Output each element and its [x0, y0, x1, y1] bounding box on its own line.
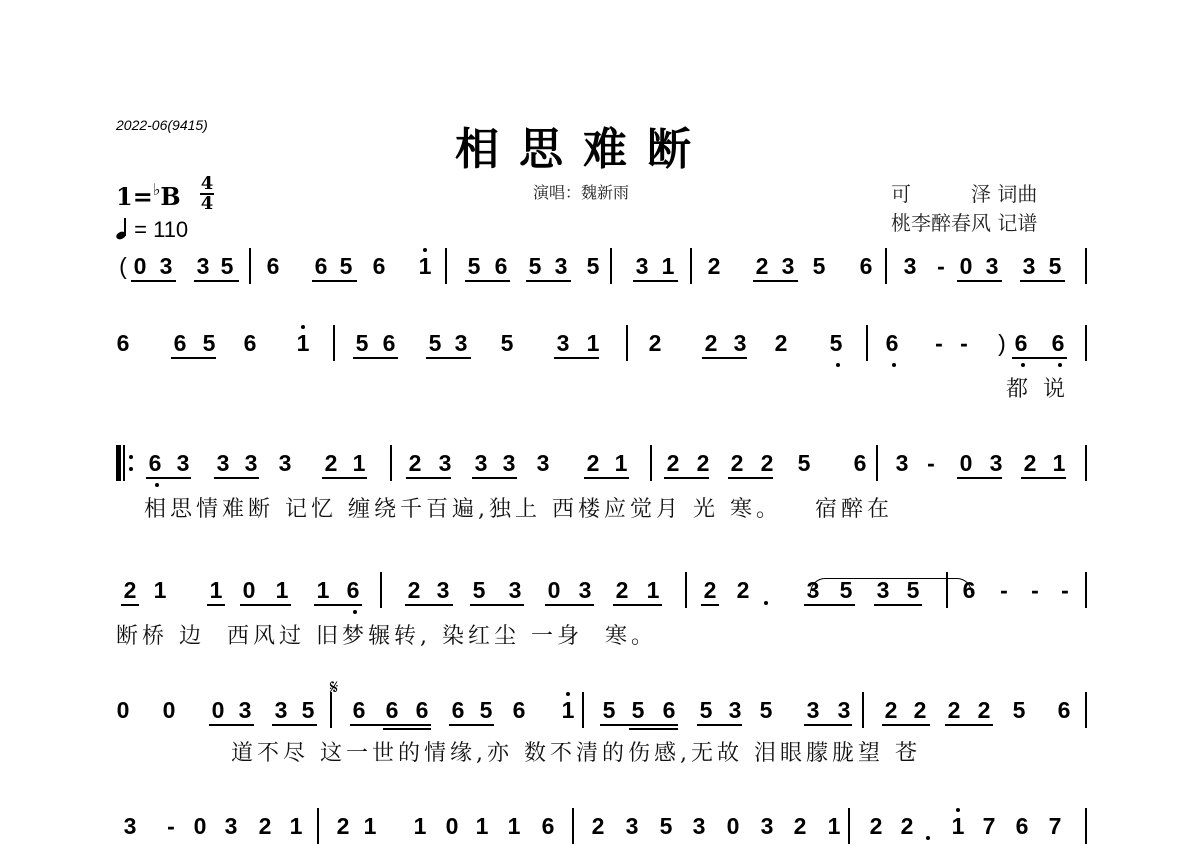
note: 6	[146, 450, 164, 476]
underline	[131, 280, 176, 282]
underline	[194, 280, 239, 282]
note: 1	[361, 813, 379, 839]
note: 2	[322, 450, 340, 476]
note: 6	[1013, 813, 1031, 839]
note: 1	[473, 813, 491, 839]
underline	[1012, 357, 1067, 359]
transcriber-credit: 桃李醉春风 记谱	[891, 207, 1037, 236]
note: 3	[901, 253, 919, 279]
low-octave-dot	[892, 363, 896, 367]
repeat-dot	[129, 467, 133, 471]
underline	[322, 477, 367, 479]
note: 5	[465, 253, 483, 279]
high-octave-dot	[301, 325, 305, 329]
note: 6	[851, 450, 869, 476]
note: 6	[660, 697, 678, 723]
note: 2	[945, 697, 963, 723]
note: 6	[264, 253, 282, 279]
note: 5	[810, 253, 828, 279]
barline	[685, 572, 687, 608]
note: 2	[734, 577, 752, 603]
note: 0	[240, 577, 258, 603]
note: 3	[623, 813, 641, 839]
note: 3	[983, 253, 1001, 279]
note: 6	[510, 697, 528, 723]
underline	[121, 604, 139, 606]
augmentation-dot	[926, 836, 930, 840]
composer-role: 词曲	[997, 182, 1037, 206]
note: 5	[1046, 253, 1064, 279]
barline	[390, 445, 392, 481]
note: 2	[702, 330, 720, 356]
note: 3	[434, 577, 452, 603]
note: 2	[589, 813, 607, 839]
note: 2	[882, 697, 900, 723]
note: 3	[576, 577, 594, 603]
note: 3	[276, 450, 294, 476]
note: 5	[353, 330, 371, 356]
key-prefix: 1=	[116, 182, 153, 211]
note: 2	[701, 577, 719, 603]
time-bottom: 4	[200, 196, 214, 212]
note: 3	[472, 450, 490, 476]
lyrics-line: 都 说	[1006, 372, 1069, 403]
high-octave-dot	[566, 692, 570, 696]
note: 3	[893, 450, 911, 476]
barline	[317, 808, 319, 844]
note: 3	[214, 450, 232, 476]
note: 5	[757, 697, 775, 723]
transcriber-role: 记谱	[997, 211, 1037, 235]
note: 6	[883, 330, 901, 356]
note: 2	[406, 450, 424, 476]
barline	[650, 445, 652, 481]
note: 0	[131, 253, 149, 279]
note: 2	[646, 330, 664, 356]
note: 3	[222, 813, 240, 839]
note: 6	[114, 330, 132, 356]
note: 2	[898, 813, 916, 839]
lyrics-line: 断桥 边 西风过 旧梦辗转, 染红尘 一身 寒。	[116, 619, 657, 650]
note: 3	[436, 450, 454, 476]
underline	[664, 477, 709, 479]
note: 1	[287, 813, 305, 839]
underline	[312, 280, 357, 282]
note: 7	[1046, 813, 1064, 839]
transcriber-name: 桃李醉春风	[891, 211, 991, 235]
note: 2	[694, 450, 712, 476]
note: 2	[911, 697, 929, 723]
underline	[272, 724, 317, 726]
note: 0	[114, 697, 132, 723]
note: 0	[160, 697, 178, 723]
underline	[554, 357, 599, 359]
low-octave-dot	[155, 483, 159, 487]
barline	[866, 325, 868, 361]
high-octave-dot	[956, 808, 960, 812]
note: 5	[498, 330, 516, 356]
barline	[862, 692, 864, 728]
note: 6	[350, 697, 368, 723]
note: 3	[779, 253, 797, 279]
underline	[146, 477, 191, 479]
note: 1	[612, 450, 630, 476]
note: 5	[827, 330, 845, 356]
paren: )	[993, 330, 1011, 356]
note: 2	[728, 450, 746, 476]
note: 6	[171, 330, 189, 356]
note: 0	[443, 813, 461, 839]
note: 3	[554, 330, 572, 356]
underline	[701, 604, 719, 606]
barline	[249, 248, 251, 284]
note: 5	[477, 697, 495, 723]
dash: -	[930, 330, 948, 356]
dash: -	[955, 330, 973, 356]
note: 5	[218, 253, 236, 279]
underline	[945, 724, 993, 726]
note: 6	[1049, 330, 1067, 356]
note: 2	[772, 330, 790, 356]
note: 5	[1010, 697, 1028, 723]
underline	[449, 724, 494, 726]
note: 0	[191, 813, 209, 839]
underline	[314, 604, 362, 606]
note: 5	[600, 697, 618, 723]
note: 1	[644, 577, 662, 603]
underline	[753, 280, 798, 282]
dash: -	[162, 813, 180, 839]
note: 3	[272, 697, 290, 723]
note: 6	[413, 697, 431, 723]
note: 0	[209, 697, 227, 723]
note: 2	[405, 577, 423, 603]
note: 1	[659, 253, 677, 279]
note: 6	[383, 697, 401, 723]
singer-credit: 演唱：魏新雨	[533, 180, 629, 203]
underline	[240, 604, 291, 606]
barline	[1085, 248, 1087, 284]
underline	[957, 477, 1002, 479]
note: 2	[975, 697, 993, 723]
barline	[885, 248, 887, 284]
note: 2	[1021, 450, 1039, 476]
barline	[876, 445, 878, 481]
barline	[1085, 692, 1087, 728]
tempo-marking: = 110	[116, 217, 188, 243]
note: 0	[957, 253, 975, 279]
note: 0	[957, 450, 975, 476]
note: 5	[470, 577, 488, 603]
barline	[848, 808, 850, 844]
note: 3	[633, 253, 651, 279]
low-octave-dot	[1058, 363, 1062, 367]
segno-icon: 𝄋	[325, 675, 343, 701]
composer-credit: 可 泽 词曲	[891, 178, 1037, 207]
underline	[526, 280, 571, 282]
underline	[470, 604, 524, 606]
note: 3	[804, 697, 822, 723]
note: 3	[731, 330, 749, 356]
underline	[804, 604, 855, 606]
underline	[406, 477, 451, 479]
note: 6	[449, 697, 467, 723]
note: 3	[534, 450, 552, 476]
note: 1	[273, 577, 291, 603]
time-top: 4	[200, 176, 214, 192]
underline	[545, 604, 594, 606]
underline	[882, 724, 930, 726]
dash: -	[1026, 577, 1044, 603]
underline	[728, 477, 773, 479]
note: 6	[370, 253, 388, 279]
score-code: 2022-06(9415)	[116, 117, 208, 133]
note: 3	[690, 813, 708, 839]
underline	[804, 724, 852, 726]
tempo-value: = 110	[134, 217, 188, 242]
underline	[214, 477, 259, 479]
quarter-note-icon	[116, 218, 128, 240]
barline	[380, 572, 382, 608]
barline	[1085, 445, 1087, 481]
underline	[472, 477, 517, 479]
barline	[572, 808, 574, 844]
note: 3	[506, 577, 524, 603]
note: 5	[629, 697, 647, 723]
dash: -	[932, 253, 950, 279]
note: 1	[294, 330, 312, 356]
note: 2	[753, 253, 771, 279]
underline	[171, 357, 216, 359]
note: 2	[613, 577, 631, 603]
underline	[584, 477, 629, 479]
note: 5	[526, 253, 544, 279]
paren: (	[114, 253, 132, 279]
note: 6	[312, 253, 330, 279]
barline	[1085, 808, 1087, 844]
underline	[702, 357, 747, 359]
note: 7	[980, 813, 998, 839]
low-octave-dot	[353, 610, 357, 614]
note: 1	[207, 577, 225, 603]
underline	[207, 604, 225, 606]
underline	[957, 280, 1002, 282]
barline	[445, 248, 447, 284]
note: 0	[545, 577, 563, 603]
barline	[582, 692, 584, 728]
note: 2	[334, 813, 352, 839]
underline	[697, 724, 742, 726]
note: 2	[121, 577, 139, 603]
barline	[690, 248, 692, 284]
note: 3	[1020, 253, 1038, 279]
note: 3	[236, 697, 254, 723]
note: 0	[724, 813, 742, 839]
augmentation-dot	[764, 601, 768, 605]
underline	[633, 280, 678, 282]
note: 1	[416, 253, 434, 279]
note: 5	[795, 450, 813, 476]
note: 6	[1012, 330, 1030, 356]
note: 3	[121, 813, 139, 839]
note: 2	[867, 813, 885, 839]
note: 1	[1050, 450, 1068, 476]
note: 5	[337, 253, 355, 279]
note: 3	[452, 330, 470, 356]
note: 5	[697, 697, 715, 723]
repeat-start-thin	[123, 445, 125, 481]
dash: -	[922, 450, 940, 476]
note: 2	[791, 813, 809, 839]
note: 1	[505, 813, 523, 839]
note: 1	[559, 697, 577, 723]
barline	[1085, 325, 1087, 361]
underline	[405, 604, 453, 606]
note: 2	[758, 450, 776, 476]
note: 3	[242, 450, 260, 476]
key-letter: B	[160, 182, 180, 211]
low-octave-dot	[836, 363, 840, 367]
note: 3	[500, 450, 518, 476]
note: 3	[194, 253, 212, 279]
underline	[465, 280, 510, 282]
barline	[626, 325, 628, 361]
composer-name: 可 泽	[891, 182, 991, 206]
note: 3	[552, 253, 570, 279]
note: 1	[314, 577, 332, 603]
note: 1	[350, 450, 368, 476]
underline	[600, 724, 678, 726]
underline	[209, 724, 254, 726]
underline	[353, 357, 398, 359]
note: 6	[241, 330, 259, 356]
barline	[610, 248, 612, 284]
note: 5	[657, 813, 675, 839]
note: 5	[426, 330, 444, 356]
key-signature: 1=♭B	[116, 180, 181, 211]
page-title: 相思难断	[455, 113, 711, 177]
note: 3	[157, 253, 175, 279]
note: 1	[825, 813, 843, 839]
low-octave-dot	[1021, 363, 1025, 367]
double-underline	[629, 728, 678, 730]
note: 6	[1055, 697, 1073, 723]
note: 3	[726, 697, 744, 723]
underline	[874, 604, 922, 606]
underline	[613, 604, 662, 606]
underline	[1020, 280, 1065, 282]
note: 1	[411, 813, 429, 839]
note: 2	[256, 813, 274, 839]
note: 3	[758, 813, 776, 839]
note: 3	[835, 697, 853, 723]
repeat-dot	[129, 455, 133, 459]
high-octave-dot	[423, 248, 427, 252]
note: 6	[539, 813, 557, 839]
note: 6	[380, 330, 398, 356]
note: 6	[344, 577, 362, 603]
lyrics-line: 相思情难断 记忆 缠绕千百遍,独上 西楼应觉月 光 寒。 宿醉在	[144, 492, 893, 523]
underline	[1021, 477, 1066, 479]
repeat-start-thick	[116, 445, 121, 481]
note: 5	[299, 697, 317, 723]
underline	[350, 724, 431, 726]
note: 1	[949, 813, 967, 839]
dash: -	[1056, 577, 1074, 603]
barline	[1085, 572, 1087, 608]
note: 2	[584, 450, 602, 476]
barline	[333, 325, 335, 361]
note: 6	[857, 253, 875, 279]
dash: -	[995, 577, 1013, 603]
note: 1	[584, 330, 602, 356]
note: 2	[664, 450, 682, 476]
note: 3	[987, 450, 1005, 476]
note: 3	[174, 450, 192, 476]
note: 5	[200, 330, 218, 356]
note: 6	[492, 253, 510, 279]
lyrics-line: 道不尽 这一世的情缘,亦 数不清的伤感,无故 泪眼朦胧望 苍	[231, 736, 921, 767]
time-signature: 4 4	[200, 176, 214, 212]
note: 5	[584, 253, 602, 279]
note: 1	[151, 577, 169, 603]
slur	[810, 578, 972, 593]
underline	[426, 357, 471, 359]
double-underline	[383, 728, 431, 730]
note: 2	[705, 253, 723, 279]
